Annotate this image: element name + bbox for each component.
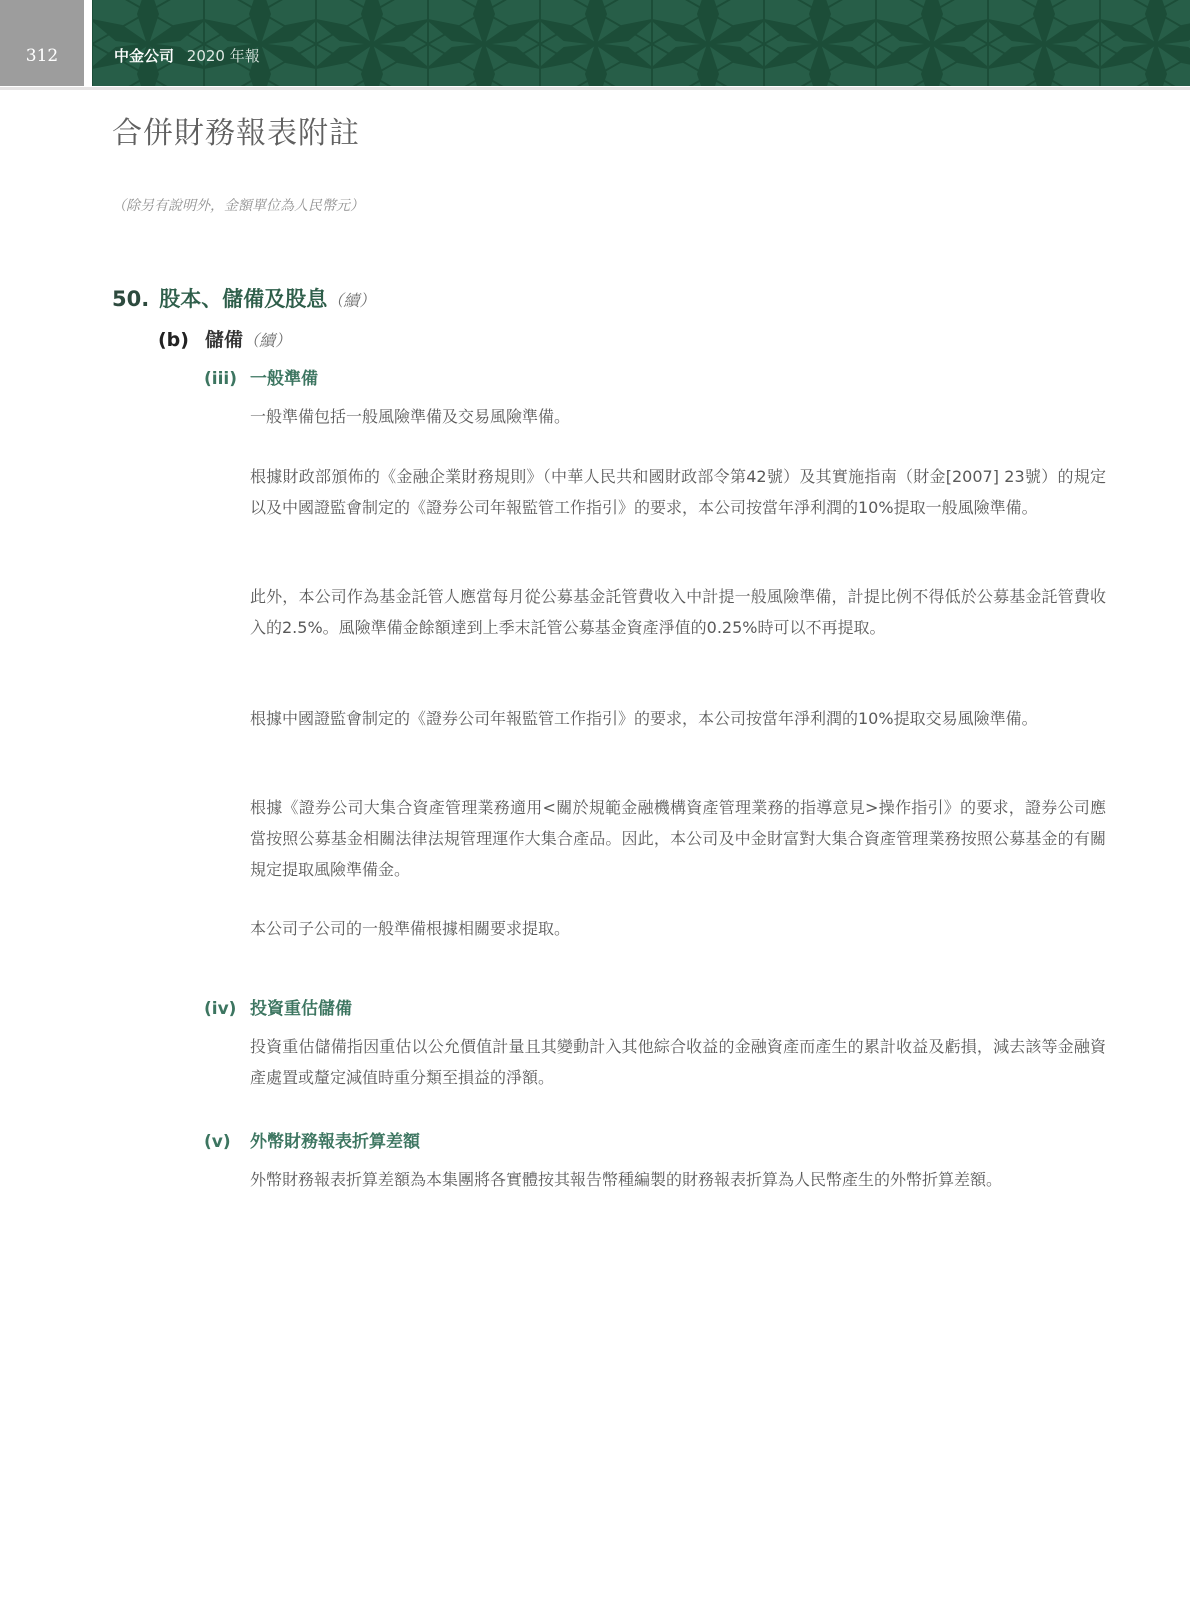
item-title: 一般準備: [250, 369, 318, 389]
subsection-heading: (b)儲備（續）: [158, 325, 291, 352]
subsection-label: (b): [158, 329, 189, 351]
paragraph: 根據《證券公司大集合資產管理業務適用<關於規範金融機構資產管理業務的指導意見>操…: [250, 792, 1106, 885]
item-label: (iii): [204, 369, 250, 389]
paragraph: 外幣財務報表折算差額為本集團將各實體按其報告幣種編製的財務報表折算為人民幣產生的…: [250, 1164, 1106, 1195]
paragraph: 本公司子公司的一般準備根據相關要求提取。: [250, 913, 1106, 944]
section-continued: （續）: [327, 291, 375, 310]
page-number-block: 312: [0, 0, 84, 86]
company-name: 中金公司: [114, 47, 174, 65]
paragraph: 此外，本公司作為基金託管人應當每月從公募基金託管費收入中計提一般風險準備，計提比…: [250, 581, 1106, 643]
item-heading-v: (v)外幣財務報表折算差額: [204, 1127, 420, 1152]
item-heading-iii: (iii)一般準備: [204, 364, 318, 389]
item-heading-iv: (iv)投資重估儲備: [204, 994, 352, 1019]
item-title: 外幣財務報表折算差額: [250, 1132, 420, 1152]
paragraph: 一般準備包括一般風險準備及交易風險準備。: [250, 401, 1106, 432]
subsection-continued: （續）: [243, 331, 291, 350]
section-heading: 50.股本、儲備及股息（續）: [112, 283, 375, 313]
paragraph: 根據財政部頒佈的《金融企業財務規則》（中華人民共和國財政部令第42號）及其實施指…: [250, 461, 1106, 523]
report-year: 2020 年報: [187, 47, 260, 65]
section-title: 股本、儲備及股息: [159, 287, 327, 311]
item-title: 投資重估儲備: [250, 999, 352, 1019]
item-label: (iv): [204, 999, 250, 1019]
report-title: 中金公司 2020 年報: [114, 45, 260, 66]
page-header: 312: [0, 0, 1190, 86]
header-banner: 中金公司 2020 年報: [92, 0, 1190, 86]
paragraph: 投資重估儲備指因重估以公允價值計量且其變動計入其他綜合收益的金融資產而產生的累計…: [250, 1031, 1106, 1093]
page-number: 312: [0, 46, 84, 66]
section-number: 50.: [112, 287, 149, 311]
asanoha-pattern-icon: [92, 0, 1190, 86]
units-note: （除另有說明外，金額單位為人民幣元）: [112, 195, 364, 215]
paragraph: 根據中國證監會制定的《證券公司年報監管工作指引》的要求，本公司按當年淨利潤的10…: [250, 703, 1106, 734]
item-label: (v): [204, 1132, 250, 1152]
page-title: 合併財務報表附註: [112, 108, 360, 152]
subsection-title: 儲備: [205, 329, 243, 351]
header-divider: [0, 87, 1190, 90]
